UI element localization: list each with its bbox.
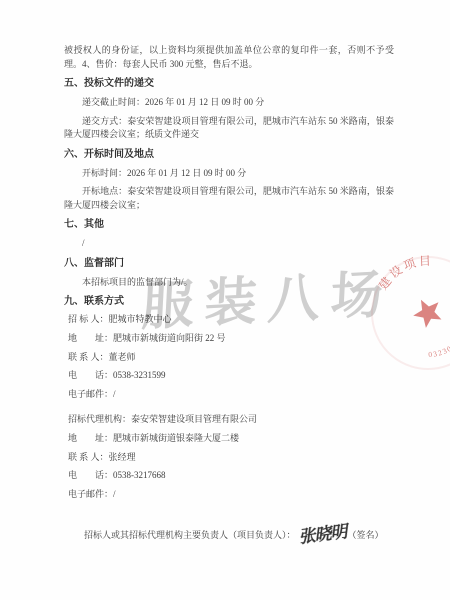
section-heading-submission: 五、投标文件的递交 [64,76,394,91]
agency-email-value: / [113,489,116,499]
section-heading-other: 七、其他 [64,217,394,232]
paragraph-other: / [64,237,394,251]
agency-name-row: 招标代理机构：泰安荣智建设项目管理有限公司 [68,414,394,425]
tenderer-phone-value: 0538-3231599 [113,370,166,380]
agency-contact-person-label: 联 系 人： [68,452,109,463]
tenderer-email-value: / [113,389,116,399]
section-heading-bid-opening: 六、开标时间及地点 [64,147,394,162]
agency-contact-person-row: 联 系 人：张经理 [68,452,394,463]
handwritten-signature: 张晓明 [296,517,347,548]
svg-text:03230851: 03230851 [425,332,450,364]
agency-phone-label: 电 话： [68,470,113,481]
company-seal-stamp: 建设项目 03230851 [353,238,450,388]
agency-name-label: 招标代理机构： [68,414,131,425]
svg-text:建设项目: 建设项目 [371,245,439,295]
paragraph-opening-place: 开标地点：泰安荣智建设项目管理有限公司，肥城市汽车站东 50 米路南，银泰隆大厦… [64,185,394,212]
agency-phone-row: 电 话：0538-3217668 [68,470,394,481]
seal-arc-text: 建设项目 [371,245,439,295]
agency-address-value: 肥城市新城街道银泰隆大厦二楼 [113,433,239,443]
tenderer-contact-person-label: 联 系 人： [68,352,109,363]
tenderer-phone-row: 电 话：0538-3231599 [68,370,394,381]
agency-address-label: 地 址： [68,433,113,444]
tenderer-email-row: 电子邮件：/ [68,389,394,400]
agency-phone-value: 0538-3217668 [113,470,166,480]
seal-star-icon [408,293,446,330]
scanned-tender-document-page: 被授权人的身份证，以上资料均须提供加盖单位公章的复印件一套，否则不予受理。4、售… [0,0,450,600]
tenderer-contact-person-row: 联 系 人：董老师 [68,352,394,363]
paragraph-sale-terms: 被授权人的身份证，以上资料均须提供加盖单位公章的复印件一套，否则不予受理。4、售… [64,44,394,71]
tenderer-name-label: 招 标 人： [68,314,109,325]
tenderer-phone-label: 电 话： [68,370,113,381]
tenderer-contact-person-value: 董老师 [109,352,136,362]
signature-line-suffix: （签名） [348,530,384,540]
agency-contact-block: 招标代理机构：泰安荣智建设项目管理有限公司 地 址：肥城市新城街道银泰隆大厦二楼… [68,414,394,500]
signature-line-prefix: 招标人或其招标代理机构主要负责人（项目负责人）： [84,530,296,540]
agency-email-label: 电子邮件： [68,489,113,500]
paragraph-opening-time: 开标时间：2026 年 01 月 12 日 09 时 00 分 [64,167,394,181]
signature-line: 招标人或其招标代理机构主要负责人（项目负责人）：张晓明（签名） [84,518,384,543]
tenderer-email-label: 电子邮件： [68,389,113,400]
tenderer-address-label: 地 址： [68,333,113,344]
agency-email-row: 电子邮件：/ [68,489,394,500]
agency-name-value: 泰安荣智建设项目管理有限公司 [131,414,257,424]
seal-serial-number: 03230851 [425,332,450,364]
paragraph-submission-deadline: 递交截止时间：2026 年 01 月 12 日 09 时 00 分 [64,96,394,110]
agency-contact-person-value: 张经理 [109,452,136,462]
paragraph-submission-method: 递交方式：泰安荣智建设项目管理有限公司，肥城市汽车站东 50 米路南，银泰隆大厦… [64,115,394,142]
agency-address-row: 地 址：肥城市新城街道银泰隆大厦二楼 [68,433,394,444]
